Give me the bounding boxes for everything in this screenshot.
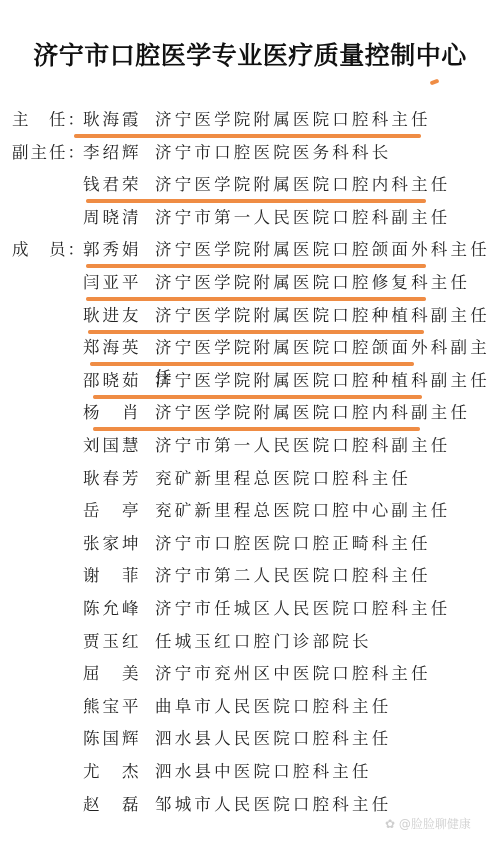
member-row: 耿进友济宁医学院附属医院口腔种植科副主任: [0, 301, 500, 331]
member-name: 张家坤: [83, 529, 142, 559]
member-name: 熊宝平: [83, 692, 142, 722]
member-name: 郑海英: [83, 333, 142, 363]
member-organization: 邹城市人民医院口腔科主任: [155, 790, 391, 820]
member-row: 谢 菲济宁市第二人民医院口腔科主任: [0, 561, 500, 591]
member-name: 李绍辉: [83, 138, 142, 168]
member-name: 屈 美: [83, 659, 142, 689]
highlight-mark: [430, 79, 440, 86]
member-name: 郭秀娟: [83, 235, 142, 265]
member-organization: 济宁医学院附属医院口腔种植科副主任: [155, 366, 490, 396]
member-row: 耿春芳兖矿新里程总医院口腔科主任: [0, 464, 500, 494]
member-role: 副主任：: [12, 138, 86, 168]
member-organization: 任城玉红口腔门诊部院长: [155, 627, 372, 657]
member-organization: 济宁市兖州区中医院口腔科主任: [155, 659, 431, 689]
member-organization: 济宁医学院附属医院口腔科主任: [155, 105, 431, 135]
member-row: 邵晓茹济宁医学院附属医院口腔种植科副主任: [0, 366, 500, 396]
member-organization: 曲阜市人民医院口腔科主任: [155, 692, 391, 722]
member-name: 陈允峰: [83, 594, 142, 624]
member-name: 杨 肖: [83, 398, 142, 428]
member-organization: 泗水县人民医院口腔科主任: [155, 724, 391, 754]
member-row: 屈 美济宁市兖州区中医院口腔科主任: [0, 659, 500, 689]
member-row: 杨 肖济宁医学院附属医院口腔内科副主任: [0, 398, 500, 428]
watermark-text: @脸脸聊健康: [399, 817, 471, 831]
member-organization: 济宁市第一人民医院口腔科副主任: [155, 203, 451, 233]
member-name: 刘国慧: [83, 431, 142, 461]
member-name: 尤 杰: [83, 757, 142, 787]
member-organization: 兖矿新里程总医院口腔中心副主任: [155, 496, 451, 526]
member-row: 副主任：李绍辉济宁市口腔医院医务科科长: [0, 138, 500, 168]
paw-icon: ✿: [385, 817, 395, 831]
member-role: 成 员：: [12, 235, 86, 265]
member-row: 主 任：耿海霞济宁医学院附属医院口腔科主任: [0, 105, 500, 135]
member-organization: 济宁医学院附属医院口腔修复科主任: [155, 268, 470, 298]
member-name: 贾玉红: [83, 627, 142, 657]
member-row: 尤 杰泗水县中医院口腔科主任: [0, 757, 500, 787]
member-name: 钱君荣: [83, 170, 142, 200]
member-row: 陈国辉泗水县人民医院口腔科主任: [0, 724, 500, 754]
member-row: 张家坤济宁市口腔医院口腔正畸科主任: [0, 529, 500, 559]
member-role: 主 任：: [12, 105, 86, 135]
member-name: 耿春芳: [83, 464, 142, 494]
member-organization: 济宁市第二人民医院口腔科主任: [155, 561, 431, 591]
watermark: ✿ @脸脸聊健康: [385, 815, 471, 832]
member-organization: 济宁医学院附属医院口腔种植科副主任: [155, 301, 490, 331]
member-name: 闫亚平: [83, 268, 142, 298]
member-name: 岳 亭: [83, 496, 142, 526]
member-organization: 济宁市第一人民医院口腔科副主任: [155, 431, 451, 461]
document-title: 济宁市口腔医学专业医疗质量控制中心: [0, 36, 500, 72]
member-name: 赵 磊: [83, 790, 142, 820]
member-row: 陈允峰济宁市任城区人民医院口腔科主任: [0, 594, 500, 624]
member-row: 岳 亭兖矿新里程总医院口腔中心副主任: [0, 496, 500, 526]
member-organization: 兖矿新里程总医院口腔科主任: [155, 464, 411, 494]
member-name: 陈国辉: [83, 724, 142, 754]
member-row: 贾玉红任城玉红口腔门诊部院长: [0, 627, 500, 657]
member-row: 钱君荣济宁医学院附属医院口腔内科主任: [0, 170, 500, 200]
member-row: 成 员：郭秀娟济宁医学院附属医院口腔颌面外科主任: [0, 235, 500, 265]
member-name: 周晓清: [83, 203, 142, 233]
member-row: 熊宝平曲阜市人民医院口腔科主任: [0, 692, 500, 722]
member-row: 刘国慧济宁市第一人民医院口腔科副主任: [0, 431, 500, 461]
member-organization: 济宁市口腔医院医务科科长: [155, 138, 391, 168]
member-row: 闫亚平济宁医学院附属医院口腔修复科主任: [0, 268, 500, 298]
member-organization: 济宁医学院附属医院口腔内科主任: [155, 170, 451, 200]
member-organization: 泗水县中医院口腔科主任: [155, 757, 372, 787]
member-organization: 济宁医学院附属医院口腔颌面外科主任: [155, 235, 490, 265]
member-name: 耿进友: [83, 301, 142, 331]
member-name: 邵晓茹: [83, 366, 142, 396]
member-organization: 济宁市任城区人民医院口腔科主任: [155, 594, 451, 624]
member-row: 郑海英济宁医学院附属医院口腔颌面外科副主任: [0, 333, 500, 363]
member-organization: 济宁医学院附属医院口腔内科副主任: [155, 398, 470, 428]
member-organization: 济宁市口腔医院口腔正畸科主任: [155, 529, 431, 559]
member-row: 周晓清济宁市第一人民医院口腔科副主任: [0, 203, 500, 233]
member-name: 谢 菲: [83, 561, 142, 591]
member-name: 耿海霞: [83, 105, 142, 135]
